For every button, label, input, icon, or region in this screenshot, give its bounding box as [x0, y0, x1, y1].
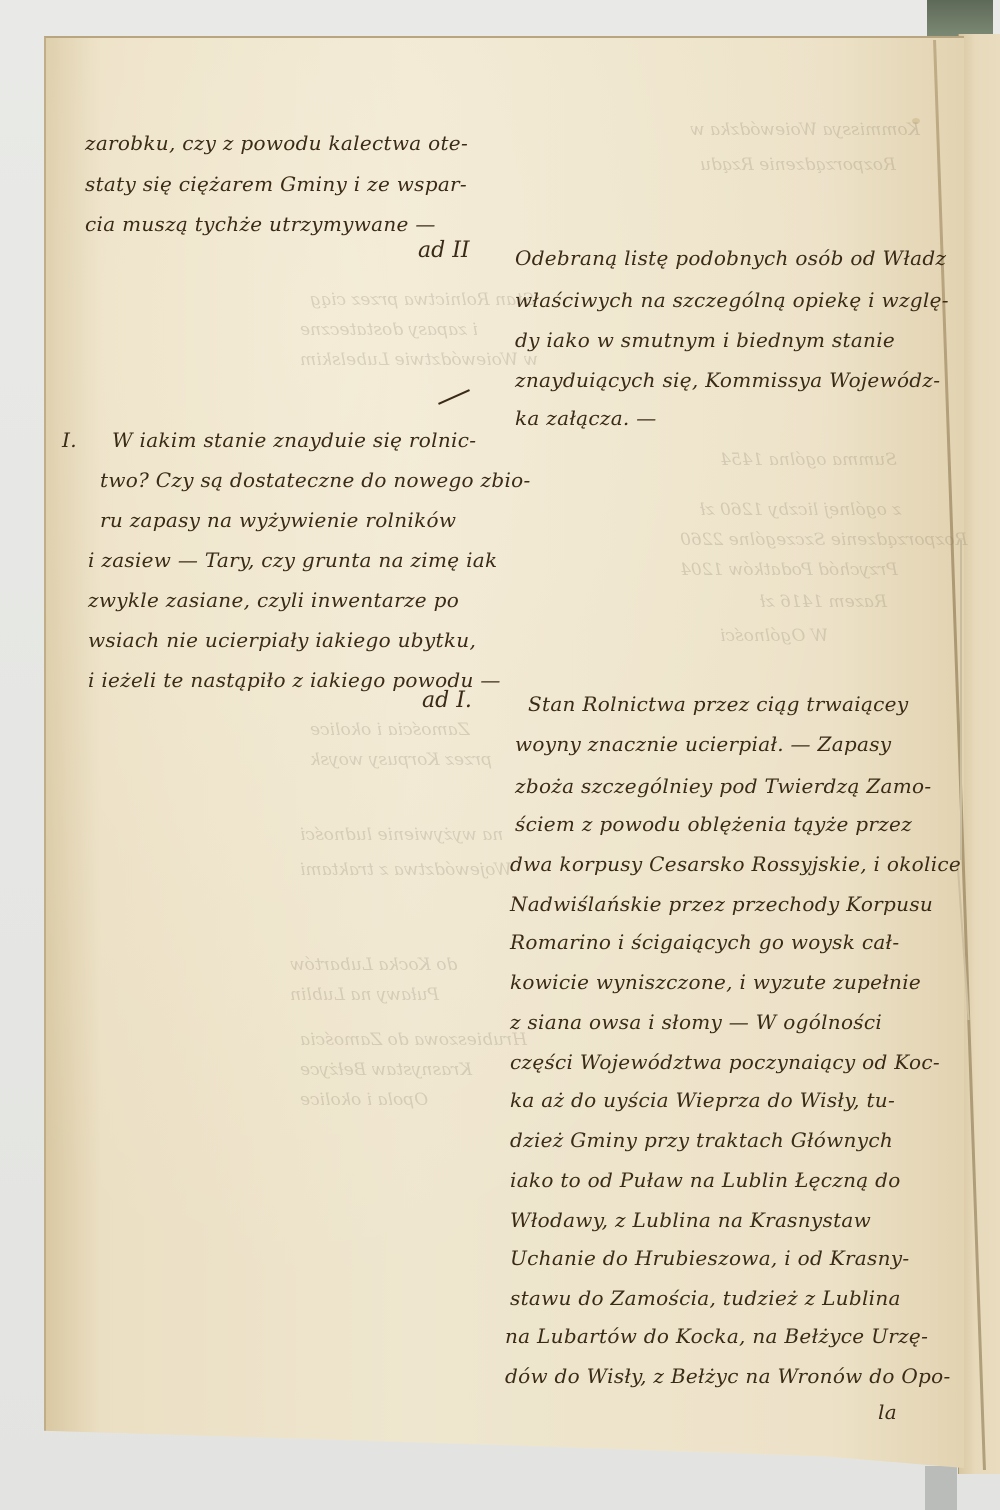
bleed-line: Stan Rolnictwa przez ciąg	[310, 290, 535, 310]
text-line: wsiach nie ucierpiały iakiego ubytku,	[88, 628, 476, 652]
underlying-page-edge	[958, 34, 1000, 1474]
bleed-line: W Ogólności	[720, 626, 828, 646]
text-line: ka załącza. —	[515, 406, 657, 430]
bleed-line: Opola i okolice	[300, 1090, 428, 1110]
bleed-line: Rozporządzenie Szczególne 2260	[680, 530, 967, 550]
bleed-line: i zapasy dostateczne	[300, 320, 478, 340]
bleed-line: Województwa z traktami	[300, 860, 512, 880]
bleed-line: przez Korpusy woysk	[310, 750, 492, 770]
bleed-line: w Woiewództwie Lubelskim	[300, 350, 538, 370]
text-line: zarobku, czy z powodu kalectwa ote-	[85, 131, 468, 155]
text-line: Romarino i ścigaiących go woysk cał-	[510, 930, 899, 954]
text-line: ru zapasy na wyżywienie rolników	[100, 508, 456, 532]
bleed-line: z ogólnej liczby 1260 zł	[700, 500, 901, 520]
text-line: Stan Rolnictwa przez ciąg trwaiącey	[528, 692, 908, 716]
binding-string	[960, 540, 962, 860]
question-number: I.	[62, 428, 77, 452]
bleed-line: Puławy na Lublin	[290, 985, 439, 1005]
text-line: staty się ciężarem Gminy i ze wspar-	[85, 172, 467, 196]
text-line: ka aż do uyścia Wieprza do Wisły, tu-	[510, 1088, 895, 1112]
text-line: dzież Gminy przy traktach Głównych	[510, 1128, 893, 1152]
text-line: stawu do Zamościa, tudzież z Lublina	[510, 1286, 901, 1310]
text-line: dwa korpusy Cesarsko Rossyjskie, i okoli…	[510, 852, 961, 876]
bleed-line: Summa ogólna 1454	[720, 450, 897, 470]
section-marker-ad-ii: ad II	[418, 238, 470, 263]
text-line: woyny znacznie ucierpiał. — Zapasy	[515, 732, 891, 756]
bleed-line: Zamościa i okolice	[310, 720, 470, 740]
bleed-line: Razem 1416 zł	[760, 592, 887, 612]
bleed-line: Rozporządzenie Rządu	[700, 155, 896, 175]
text-line: na Lubartów do Kocka, na Bełżyce Urzę-	[505, 1324, 928, 1348]
text-line: W iakim stanie znayduie się rolnic-	[112, 428, 476, 452]
text-line: i zasiew — Tary, czy grunta na zimę iak	[88, 548, 497, 572]
text-line: zboża szczególniey pod Twierdzą Zamo-	[515, 774, 931, 798]
text-line: właściwych na szczególną opiekę i wzglę-	[515, 288, 949, 312]
text-line: la	[878, 1400, 897, 1424]
text-line: zwykle zasiane, czyli inwentarze po	[88, 588, 459, 612]
bleed-line: na wyżywienie ludności	[300, 825, 503, 845]
text-line: z siana owsa i słomy — W ogólności	[510, 1010, 882, 1034]
text-line: Włodawy, z Lublina na Krasnystaw	[510, 1208, 871, 1232]
bleed-line: Kommissya Woiewódzka w	[690, 120, 920, 140]
text-line: kowicie wyniszczone, i wyzute zupełnie	[510, 970, 921, 994]
bleed-line: Hrubieszowa do Zamościa	[300, 1030, 527, 1050]
bleed-line: Przychód Podatków 1204	[680, 560, 898, 580]
text-line: ściem z powodu oblężenia tąyże przez	[515, 812, 912, 836]
text-line: Nadwiślańskie przez przechody Korpusu	[510, 892, 933, 916]
binding-tab-top	[927, 0, 993, 38]
text-line: dy iako w smutnym i biednym stanie	[515, 328, 895, 352]
text-line: Uchanie do Hrubieszowa, i od Krasny-	[510, 1246, 909, 1270]
text-line: znayduiących się, Kommissya Wojewódz-	[515, 368, 940, 392]
bleed-line: Krasnystaw Bełżyce	[300, 1060, 472, 1080]
text-line: części Województwa poczynaiący od Koc-	[510, 1050, 940, 1074]
text-line: two? Czy są dostateczne do nowego zbio-	[100, 468, 531, 492]
text-line: dów do Wisły, z Bełżyc na Wronów do Opo-	[505, 1364, 951, 1388]
text-line: Odebraną listę podobnych osób od Władz	[515, 246, 946, 270]
bleed-line: do Kocka Lubartów	[290, 955, 457, 975]
section-marker-ad-i: ad I.	[422, 688, 472, 713]
binding-tab-bottom	[925, 1466, 957, 1510]
text-line: iako to od Puław na Lublin Łęczną do	[510, 1168, 901, 1192]
text-line: cia muszą tychże utrzymywane —	[85, 212, 436, 236]
